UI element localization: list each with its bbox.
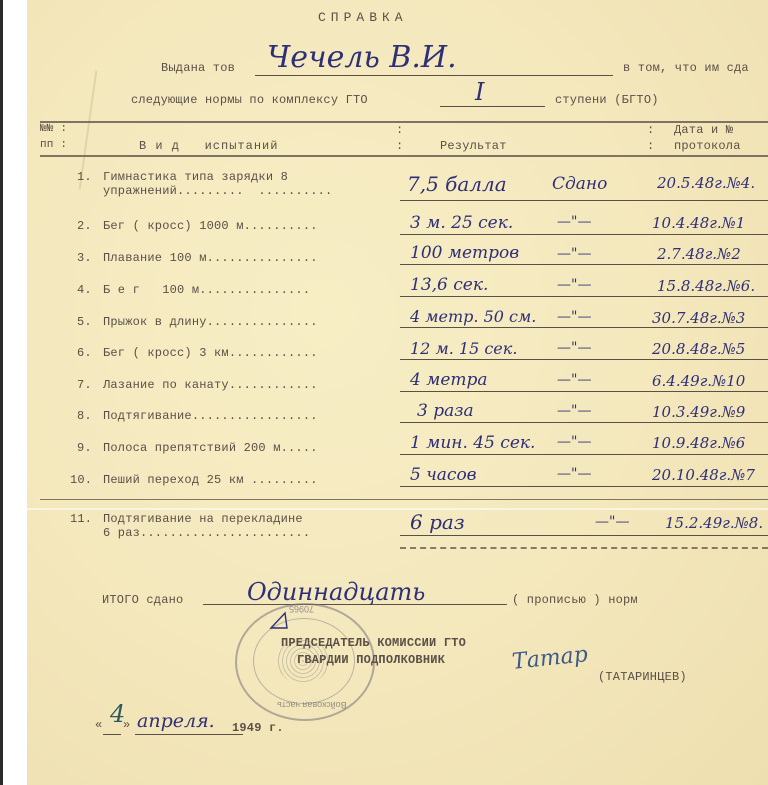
day-underline [103,734,121,735]
row-status: —"— [557,403,591,419]
row-result: 7,5 балла [407,172,507,196]
row-protocol: 20.5.48г.№4. [657,174,755,192]
norms-label: следующие нормы по комплексу ГТО [131,93,368,107]
header-colon-2a: : [647,123,654,137]
row-test: Бег ( кросс) 1000 м.......... [103,219,318,233]
row-result: 100 метров [410,243,519,263]
row-number: 6. [77,346,92,360]
stage-suffix: ступени (БГТО) [555,93,659,107]
certificate-paper: СПРАВКА Выдана тов Чечель В.И. в том, чт… [27,0,768,785]
row-underline [400,264,768,265]
date-year: 1949 г. [232,721,284,735]
row-status: —"— [557,466,591,482]
row-number: 7. [77,378,92,392]
row-test: Плавание 100 м............... [103,251,318,265]
row-result: 13,6 сек. [410,275,488,295]
row-status: —"— [557,372,591,388]
chairman-title: ПРЕДСЕДАТЕЛЬ КОМИССИИ ГТО [281,636,466,650]
row-test: Бег ( кросс) 3 км............ [103,346,318,360]
row-test: Полоса препятствий 200 м..... [103,441,318,455]
total-suffix: ( прописью ) норм [512,593,638,607]
header-date-top: Дата и № [674,123,733,137]
header-test-type: В и д испытаний [139,139,278,153]
row-underline [400,391,768,392]
row-protocol: 2.7.48г.№2 [657,245,741,263]
header-colon-1a: : [396,123,403,137]
issued-to-suffix: в том, что им сда [623,61,749,75]
row-status: —"— [557,214,591,230]
row-status: —"— [557,246,591,262]
name-underline [255,75,613,76]
row-number: 10. [70,473,92,487]
row-status: —"— [557,434,591,450]
stage-underline [440,106,545,107]
row-test: Прыжок в длину............... [103,315,318,329]
row-number: 11. [70,512,92,526]
total-value: Одиннадцать [247,578,425,606]
row-result: 4 метра [410,370,488,390]
row-number: 5. [77,315,92,329]
row-status: —"— [557,309,591,325]
header-colon-1b: : [396,139,403,153]
row-underline [400,359,768,360]
row-protocol: 30.7.48г.№3 [652,309,745,327]
row-underline [400,535,768,536]
row-underline [400,327,768,328]
row-number: 4. [77,283,92,297]
row-status: —"— [557,340,591,356]
month-underline [135,734,243,735]
row-number: 8. [77,409,92,423]
row-underline [400,234,768,235]
row-test: Пеший переход 25 км ......... [103,473,318,487]
header-number-top: №№ : [40,123,67,135]
row-status: —"— [595,514,629,530]
row-test: Подтягивание................. [103,409,318,423]
row-protocol: 15.8.48г.№6. [657,277,755,295]
total-label: ИТОГО сдано [102,593,183,607]
row-number: 2. [77,219,92,233]
row-test: Подтягивание на перекладине [103,512,303,526]
row-test: Б е г 100 м............... [103,283,310,297]
row-result: 3 раза [417,401,474,421]
row-underline [400,486,768,487]
paper-fold [27,508,768,510]
row-result: 5 часов [410,465,477,485]
recipient-name: Чечель В.И. [267,40,457,75]
issued-to-label: Выдана тов [161,61,235,75]
stamp-number: 70965 [289,604,314,614]
row-protocol: 10.3.49г.№9 [652,403,745,421]
date-month: апреля. [137,710,215,732]
chairman-rank: ГВАРДИИ ПОДПОЛКОВНИК [297,653,445,667]
row-number: 1. [77,170,92,184]
document-title: СПРАВКА [318,10,408,25]
row-result: 6 раз [410,510,465,534]
row-protocol: 20.10.48г.№7 [652,466,755,484]
stamp-triangle-mark [267,610,291,632]
row-number: 9. [77,441,92,455]
row-test: Лазание по канату............ [103,378,318,392]
header-colon-2b: : [647,139,654,153]
row-separator [40,499,768,500]
table-top-rule [40,121,768,123]
row-number: 3. [77,251,92,265]
row-test-line2: 6 раз....................... [103,526,310,540]
row-result: 4 метр. 50 см. [410,307,536,326]
row-test: Гимнастика типа зарядки 8 [103,170,288,184]
row-result: 3 м. 25 сек. [410,213,513,233]
header-date-bottom: протокола [674,139,741,153]
row-protocol: 10.4.48г.№1 [652,214,745,232]
row-protocol: 15.2.49г.№8. [665,514,763,532]
scan-edge [0,0,3,785]
row-status: Сдано [552,174,607,194]
row-underline [400,454,768,455]
row-underline [400,200,768,201]
table-bottom-rule [400,547,768,549]
handwritten-signature: Татар [511,642,589,675]
row-result: 12 м. 15 сек. [410,339,517,358]
row-result: 1 мин. 45 сек. [410,433,535,453]
stage-value: I [475,78,484,106]
row-protocol: 6.4.49г.№10 [652,372,745,390]
date-close-quote: » [123,718,130,732]
header-number-bottom: пп : [40,139,67,151]
row-protocol: 10.9.48г.№6 [652,434,745,452]
row-status: —"— [557,277,591,293]
date-open-quote: « [95,718,102,732]
stamp-outer-text: Войсковая часть [277,700,347,710]
row-underline [400,296,768,297]
header-result: Результат [440,139,507,153]
row-test-line2: упражнений......... .......... [103,184,332,198]
chairman-name: (ТАТАРИНЦЕВ) [598,670,687,684]
row-underline [400,422,768,423]
table-header-rule [40,155,768,157]
row-protocol: 20.8.48г.№5 [652,340,745,358]
